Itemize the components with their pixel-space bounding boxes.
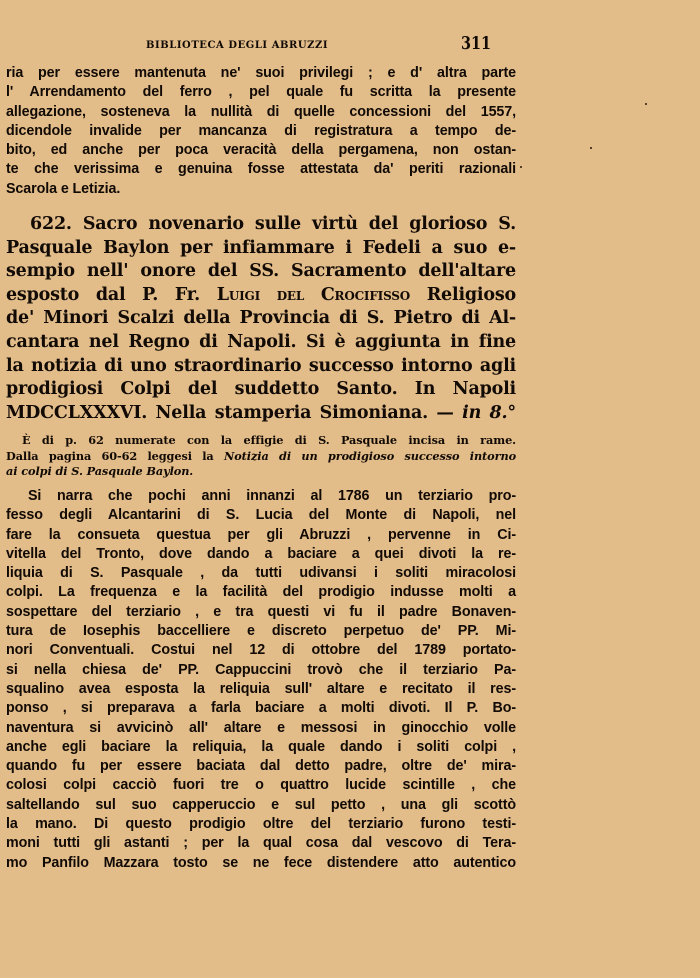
note-text: Dalla pagina 60-62 leggesi la [6, 449, 214, 463]
entry-title-line: sempio nell' onore del SS. Sacramento de… [6, 260, 516, 284]
entry-title-line: prodigiosi Colpi del suddetto Santo. In … [6, 378, 516, 402]
entry-title-line: la notizia di uno straordinario successo… [6, 355, 516, 379]
bibliographic-entry-622: 622. Sacro novenario sulle virtù del glo… [6, 213, 516, 425]
note-line: ai colpi di S. Pasquale Baylon. [6, 464, 516, 480]
entry-title-line: cantara nel Regno di Napoli. Si è aggiun… [6, 331, 516, 355]
text-line: fare la consueta questua per gli Abruzzi… [6, 526, 516, 545]
text-line: fesso degli Alcantarini di S. Lucia del … [6, 506, 516, 525]
page-number: 311 [461, 33, 491, 54]
text-line: si nella chiesa de' PP. Cappuccini trovò… [6, 661, 516, 680]
text-line: bito, ed anche per poca veracità della p… [6, 141, 516, 160]
narrative-paragraph: Si narra che pochi anni innanzi al 1786 … [6, 487, 516, 873]
print-speck [520, 166, 522, 168]
entry-title-line: Pasquale Baylon per infiammare i Fedeli … [6, 237, 516, 261]
note-line: È di p. 62 numerate con la effigie di S.… [6, 433, 516, 449]
text-line: moni tutti gli astanti ; per la qual cos… [6, 834, 516, 853]
text-line: colosi colpi cacciò fuori tre o quattro … [6, 776, 516, 795]
entry-title-line: de' Minori Scalzi della Provincia di S. … [6, 307, 516, 331]
entry-format: in 8.° [462, 403, 516, 423]
text-line: l' Arrendamento del ferro , pel quale fu… [6, 83, 516, 102]
text-line: liquia di S. Pasquale , da tutti udivans… [6, 564, 516, 583]
text-line: naventura si avvicinò all' altare e mess… [6, 719, 516, 738]
note-cited-title: di [279, 449, 291, 463]
print-speck [645, 103, 647, 105]
note-cited-title: un prodigioso successo intorno [301, 449, 516, 463]
text-line: saltellando sul suo capperuccio e sul pe… [6, 796, 516, 815]
entry-prefix: esposto dal P. Fr. [6, 285, 200, 305]
note-cited-title: Notizia [224, 449, 269, 463]
text-line: squalino avea esposta la reliquia sull' … [6, 680, 516, 699]
text-line: tura de Iosephis baccelliere e discreto … [6, 622, 516, 641]
text-line: mo Panfilo Mazzara tosto se ne fece dist… [6, 854, 516, 873]
text-line: la mano. Di questo prodigio oltre del te… [6, 815, 516, 834]
print-speck [590, 147, 592, 149]
entry-imprint: MDCCLXXXVI. Nella stamperia Simoniana. — [6, 403, 454, 423]
text-line: vitella del Tronto, dove dando a baciare… [6, 545, 516, 564]
text-line: anche egli baciare la reliquia, la quale… [6, 738, 516, 757]
text-line: Si narra che pochi anni innanzi al 1786 … [6, 487, 516, 506]
text-line: sospettare del terziario , e tra questi … [6, 603, 516, 622]
text-line: quando fu per essere baciata dal detto p… [6, 757, 516, 776]
entry-note: È di p. 62 numerate con la effigie di S.… [6, 433, 516, 480]
text-line: te che verissima e genuina fosse attesta… [6, 160, 516, 179]
entry-imprint-line: MDCCLXXXVI. Nella stamperia Simoniana. —… [6, 402, 516, 426]
text-line: nori Conventuali. Costui nel 12 di ottob… [6, 641, 516, 660]
text-line: ponso , si preparava a farla baciare a m… [6, 699, 516, 718]
entry-title-fragment: Religioso [427, 285, 516, 305]
continuation-paragraph: ria per essere mantenuta ne' suoi privil… [6, 64, 516, 199]
text-line: ria per essere mantenuta ne' suoi privil… [6, 64, 516, 83]
text-line: dicendole invalide per mancanza di regis… [6, 122, 516, 141]
text-line: colpi. La frequenza e la facilità del pr… [6, 583, 516, 602]
text-line: allegazione, sosteneva la nullità di que… [6, 103, 516, 122]
entry-title-line: 622. Sacro novenario sulle virtù del glo… [6, 213, 516, 237]
text-line: Scarola e Letizia. [6, 180, 516, 199]
entry-author: Luigi del Crocifisso [217, 285, 410, 305]
entry-title-line: esposto dal P. Fr. Luigi del Crocifisso … [6, 284, 516, 308]
note-line: Dalla pagina 60-62 leggesi la Notizia di… [6, 449, 516, 465]
running-title: Biblioteca degli Abruzzi [146, 39, 328, 51]
